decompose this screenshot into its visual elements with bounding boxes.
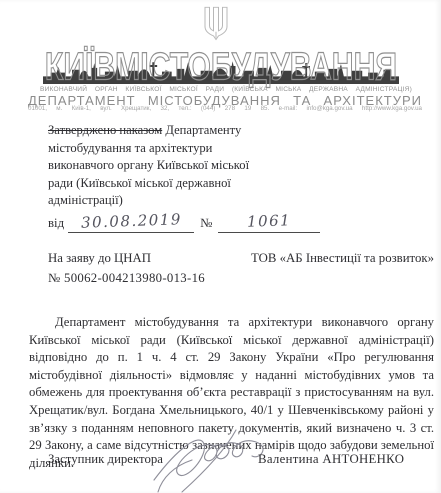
approval-line-3: виконавчого органу Київської міської [48,157,298,175]
ukraine-trident-emblem [200,6,232,44]
logo-kyivmistobuduvannia: КИЇВМІСТОБУДУВАННЯ [43,48,399,84]
date-number-row: від30.08.2019№1061 [48,212,348,234]
approval-block: Затверджено наказом Департаменту містобу… [48,122,298,210]
approval-line-2: містобудування та архітектури [48,140,298,158]
date-underline-field: 30.08.2019 [68,212,194,233]
application-reference: На заяву до ЦНАП [48,251,151,266]
signature-loops [154,440,263,480]
approval-line-4: ради (Київської міської державної [48,175,298,193]
application-number: № 50062-004213980-013-16 [48,271,205,286]
handwritten-date: 30.08.2019 [80,210,181,232]
handwritten-number: 1061 [247,211,292,231]
number-underline-field: 1061 [218,212,320,233]
executive-body-line: ВИКОНАВЧИЙ ОРГАН КИЇВСЬКОЇ МІСЬКОЇ РАДИ … [40,86,412,93]
approval-line-5: адміністрації) [48,192,298,210]
signer-position: Заступник директора [48,452,163,467]
number-label: № [200,213,212,233]
scanned-letter-document: КИЇВМІСТОБУДУВАННЯ ВИКОНАВЧИЙ ОРГАН КИЇВ… [0,0,441,493]
approval-line-1: Затверджено наказом Департаменту [48,122,298,140]
approval-line-1-rest: Департаменту [162,123,241,137]
date-label: від [48,213,64,233]
address-contact-line: 01001, м. Київ-1, вул. Хрещатик, 32, тел… [28,105,422,112]
addressee-company: ТОВ «АБ Інвестиції та розвиток» [230,251,434,266]
signer-name: Валентина АНТОНЕНКО [258,452,404,467]
logo-text: КИЇВМІСТОБУДУВАННЯ [45,45,397,89]
approval-struck-text: Затверджено наказом [48,123,162,137]
